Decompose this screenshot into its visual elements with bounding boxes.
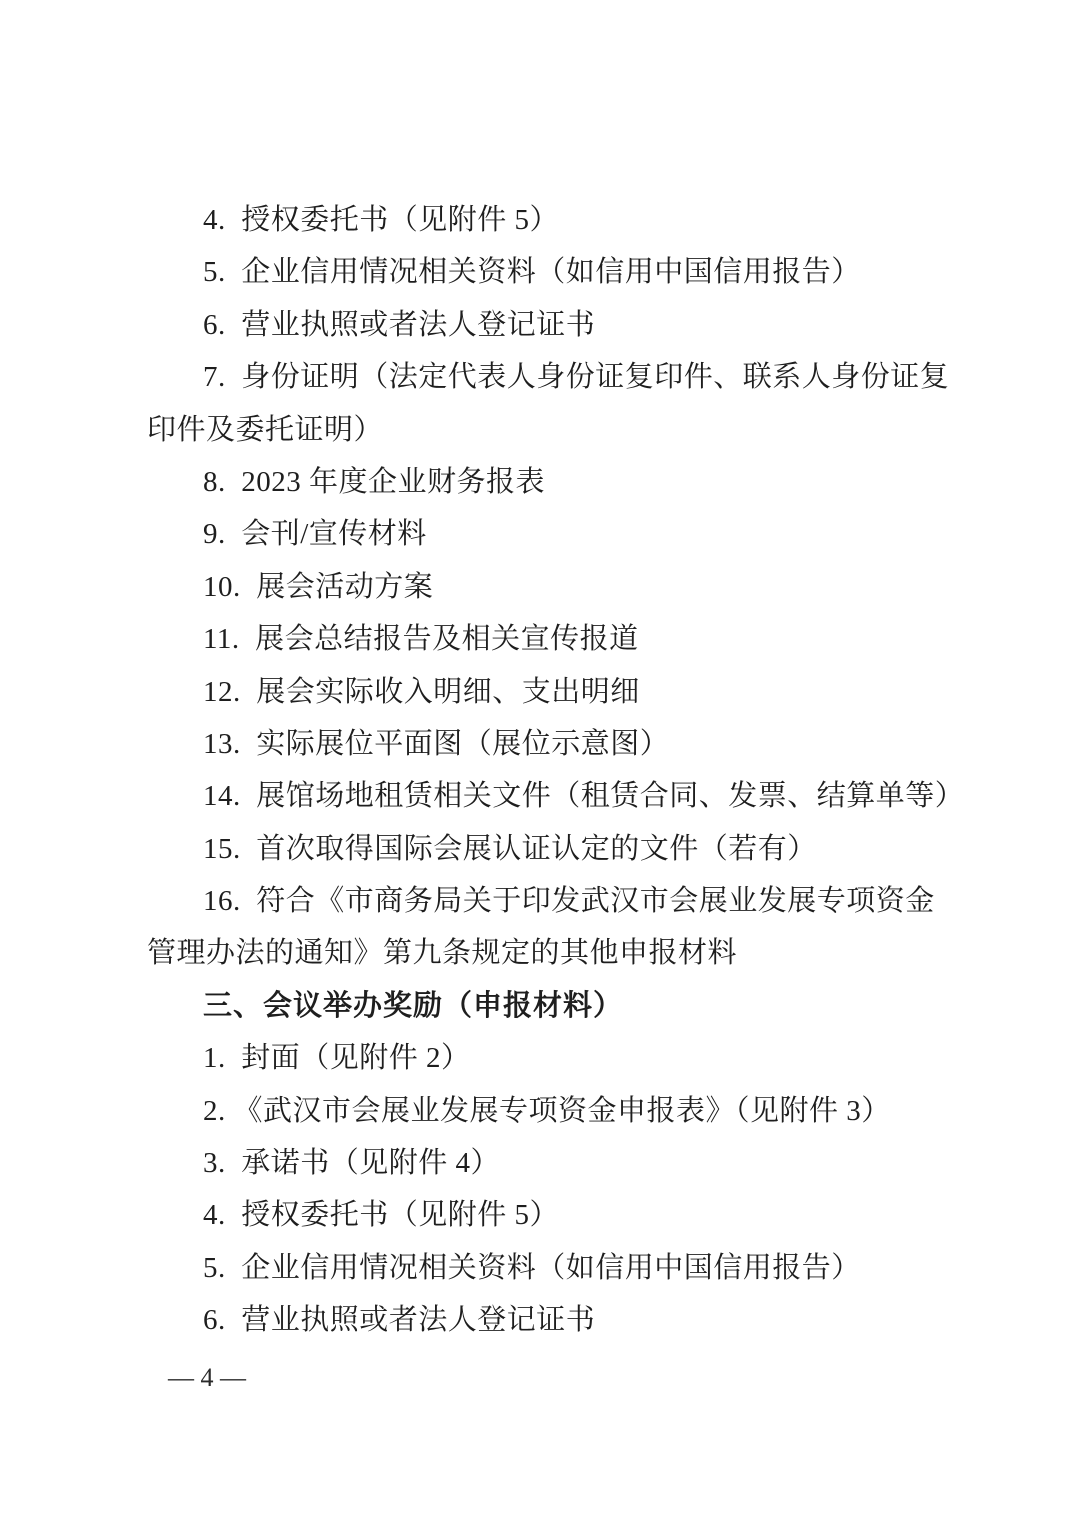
list-item: 8. 2023 年度企业财务报表: [147, 456, 947, 508]
list-item: 13. 实际展位平面图（展位示意图）: [147, 718, 947, 770]
list-item-continuation: 管理办法的通知》第九条规定的其他申报材料: [147, 927, 947, 979]
document-page: 4. 授权委托书（见附件 5） 5. 企业信用情况相关资料（如信用中国信用报告）…: [0, 0, 1080, 1528]
list-item: 4. 授权委托书（见附件 5）: [147, 1189, 947, 1241]
list-item: 5. 企业信用情况相关资料（如信用中国信用报告）: [147, 1242, 947, 1294]
list-item: 14. 展馆场地租赁相关文件（租赁合同、发票、结算单等）: [147, 770, 947, 822]
document-body: 4. 授权委托书（见附件 5） 5. 企业信用情况相关资料（如信用中国信用报告）…: [147, 194, 947, 1347]
list-item: 16. 符合《市商务局关于印发武汉市会展业发展专项资金: [147, 875, 947, 927]
list-item: 15. 首次取得国际会展认证认定的文件（若有）: [147, 823, 947, 875]
list-item: 10. 展会活动方案: [147, 561, 947, 613]
list-item: 5. 企业信用情况相关资料（如信用中国信用报告）: [147, 246, 947, 298]
list-item-continuation: 印件及委托证明）: [147, 404, 947, 456]
list-item: 3. 承诺书（见附件 4）: [147, 1137, 947, 1189]
list-item: 6. 营业执照或者法人登记证书: [147, 1294, 947, 1346]
list-item: 9. 会刊/宣传材料: [147, 508, 947, 560]
list-item: 6. 营业执照或者法人登记证书: [147, 299, 947, 351]
section-heading: 三、会议举办奖励（申报材料）: [147, 980, 947, 1032]
list-item: 2. 《武汉市会展业发展专项资金申报表》（见附件 3）: [147, 1085, 947, 1137]
list-item: 4. 授权委托书（见附件 5）: [147, 194, 947, 246]
list-item: 11. 展会总结报告及相关宣传报道: [147, 613, 947, 665]
page-number: — 4 —: [168, 1362, 246, 1394]
list-item: 12. 展会实际收入明细、支出明细: [147, 666, 947, 718]
list-item: 7. 身份证明（法定代表人身份证复印件、联系人身份证复: [147, 351, 947, 403]
list-item: 1. 封面（见附件 2）: [147, 1032, 947, 1084]
